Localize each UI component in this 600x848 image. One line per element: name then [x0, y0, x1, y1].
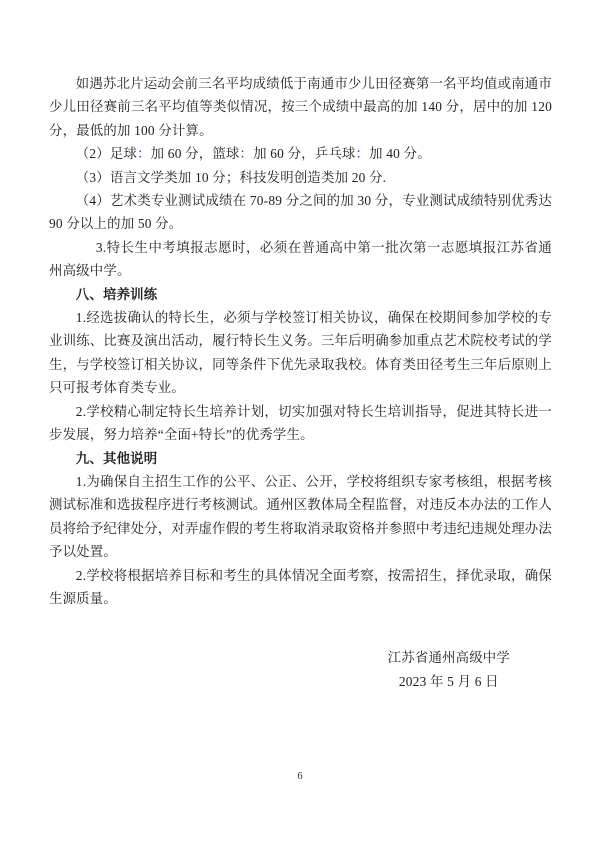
para-other-1: 1.为确保自主招生工作的公平、公正、公开，学校将组织专家考核组，根据考核测试标准… [49, 470, 552, 564]
para-other-2: 2.学校将根据培养目标和考生的具体情况全面考察，按需招生，择优录取，确保生源质量… [49, 564, 552, 611]
text-segment: 加 40 分。 [369, 146, 431, 161]
para-score-overflow: 如遇苏北片运动会前三名平均成绩低于南通市少儿田径赛第一名平均值或南通市少儿田径赛… [49, 72, 552, 142]
signature-block: 江苏省通州高级中学 2023 年 5 月 6 日 [49, 646, 552, 693]
page-number: 6 [0, 771, 600, 782]
heading-other: 九、其他说明 [49, 447, 552, 470]
text-segment: （2）足球 [76, 146, 137, 161]
para-training-2: 2.学校精心制定特长生培养计划，切实加强对特长生培训指导，促进其特长进一步发展，… [49, 400, 552, 447]
para-art-bonus: （4）艺术类专业测试成绩在 70-89 分之间的加 30 分，专业测试成绩特别优… [49, 189, 552, 236]
document-page: 如遇苏北片运动会前三名平均成绩低于南通市少儿田径赛第一名平均值或南通市少儿田径赛… [0, 0, 600, 848]
para-training-1: 1.经选拔确认的特长生，必须与学校签订相关协议，确保在校期间参加学校的专业训练、… [49, 306, 552, 400]
heading-training: 八、培养训练 [49, 283, 552, 306]
text-segment: 加 60 分，乒乓球 [253, 146, 355, 161]
document-body: 如遇苏北片运动会前三名平均成绩低于南通市少儿田径赛第一名平均值或南通市少儿田径赛… [49, 72, 552, 693]
signature-date: 2023 年 5 月 6 日 [388, 670, 510, 693]
signature-inner: 江苏省通州高级中学 2023 年 5 月 6 日 [388, 646, 510, 693]
text-segment: 加 60 分，篮球 [151, 146, 240, 161]
signature-school: 江苏省通州高级中学 [388, 646, 510, 669]
blue-colon: ： [240, 146, 254, 161]
para-literature-bonus: （3）语言文学类加 10 分；科技发明创造类加 20 分. [49, 166, 552, 189]
blue-colon: ： [356, 146, 370, 161]
blue-colon: ： [137, 146, 151, 161]
para-application-rule: 3.特长生中考填报志愿时，必须在普通高中第一批次第一志愿填报江苏省通州高级中学。 [49, 236, 552, 283]
para-ball-bonus: （2）足球：加 60 分，篮球：加 60 分，乒乓球：加 40 分。 [49, 142, 552, 165]
